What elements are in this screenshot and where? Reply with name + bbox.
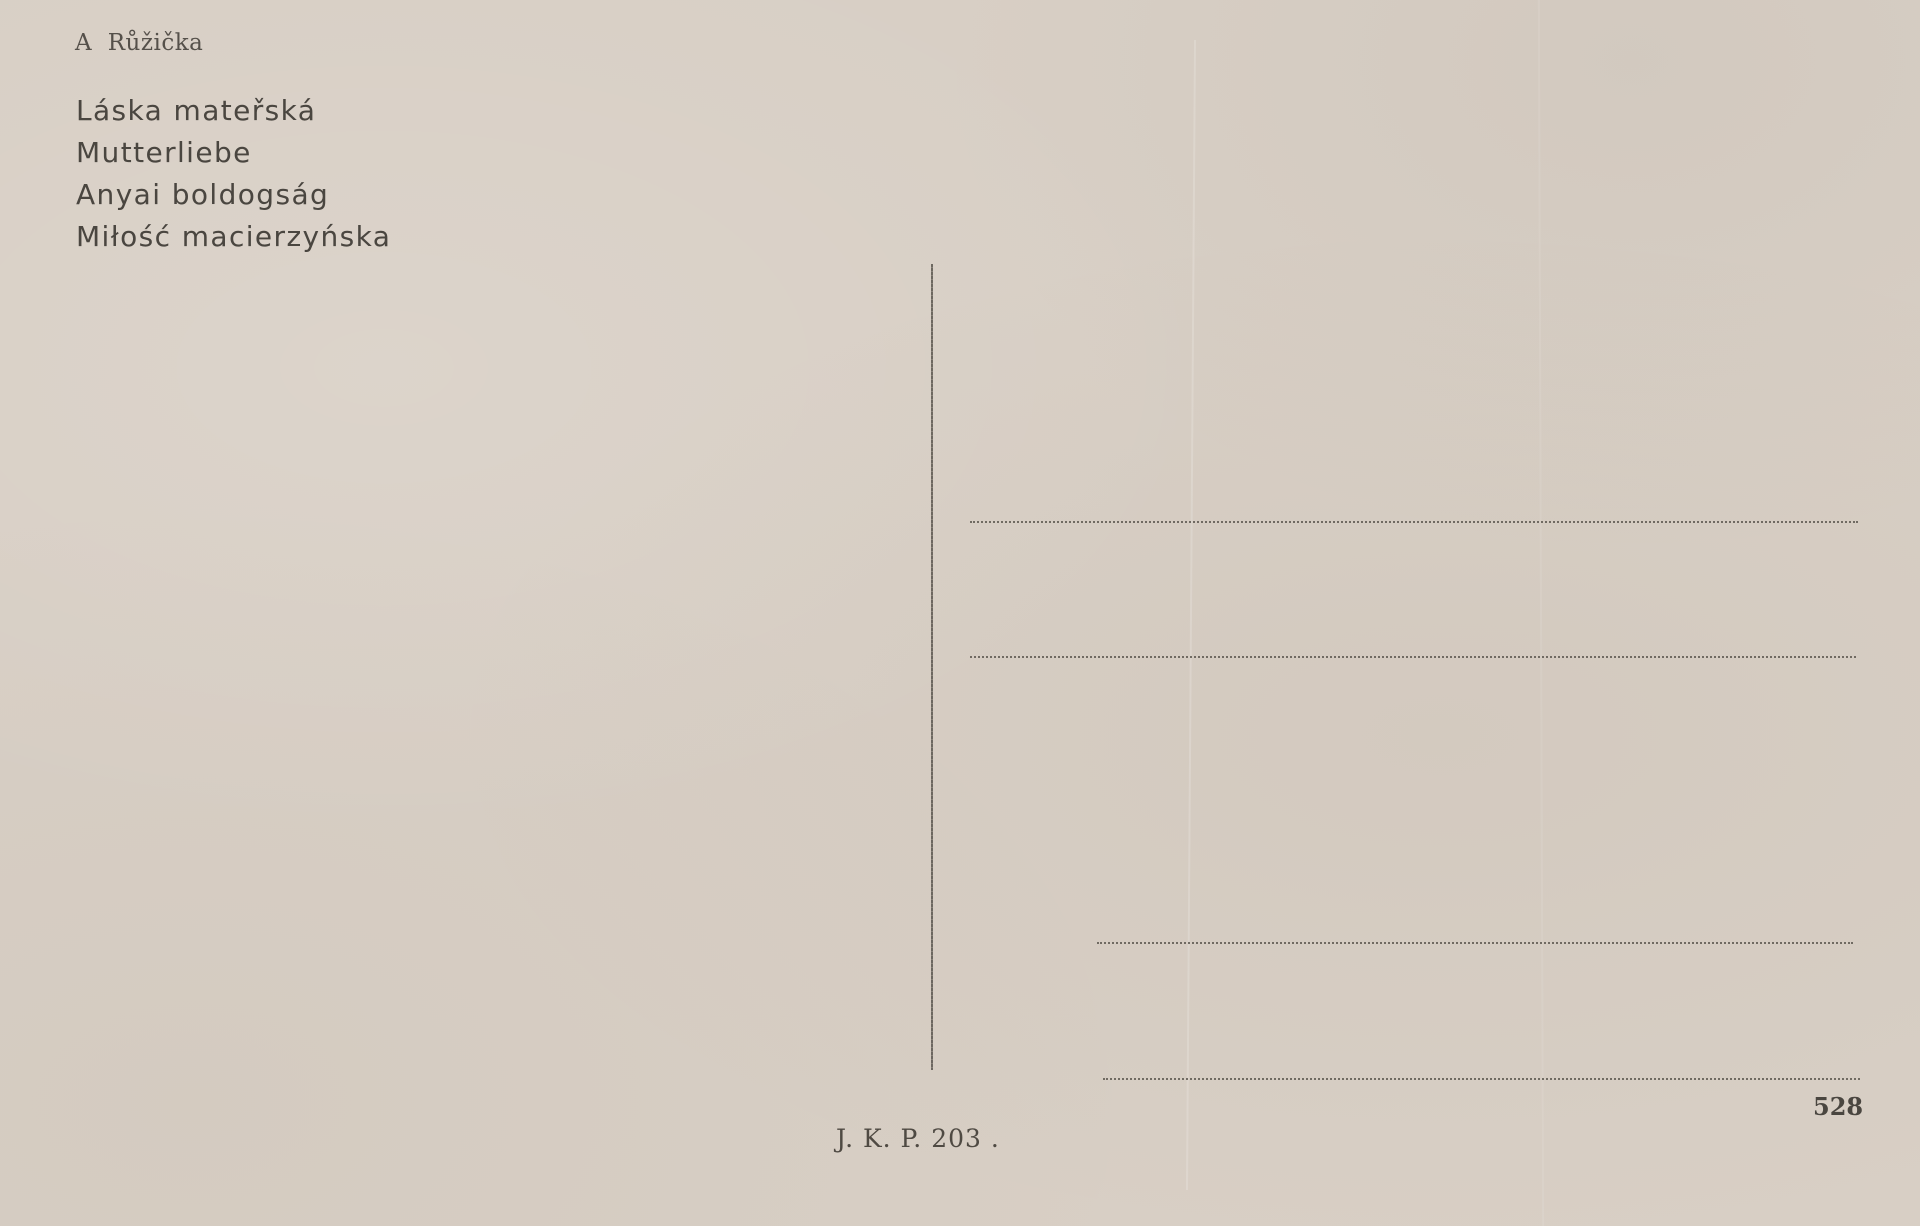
card-number: 528 <box>1813 1092 1863 1121</box>
artist-name: A Růžička <box>75 30 203 56</box>
postcard-back: A Růžička Láska mateřská Mutterliebe Any… <box>0 0 1920 1226</box>
paper-crease <box>1538 0 1544 1226</box>
address-line-2 <box>970 656 1856 658</box>
title-polish: Miłość macierzyńska <box>76 216 391 258</box>
artwork-titles: Láska mateřská Mutterliebe Anyai boldogs… <box>76 90 391 258</box>
title-german: Mutterliebe <box>76 132 391 174</box>
paper-crease <box>1186 40 1196 1190</box>
publisher-code: J. K. P. 203 . <box>836 1124 1000 1153</box>
title-hungarian: Anyai boldogság <box>76 174 391 216</box>
title-czech: Láska mateřská <box>76 90 391 132</box>
address-line-3 <box>1097 942 1853 944</box>
address-line-4 <box>1103 1078 1860 1080</box>
message-address-divider <box>931 264 933 1070</box>
address-line-1 <box>970 521 1858 523</box>
